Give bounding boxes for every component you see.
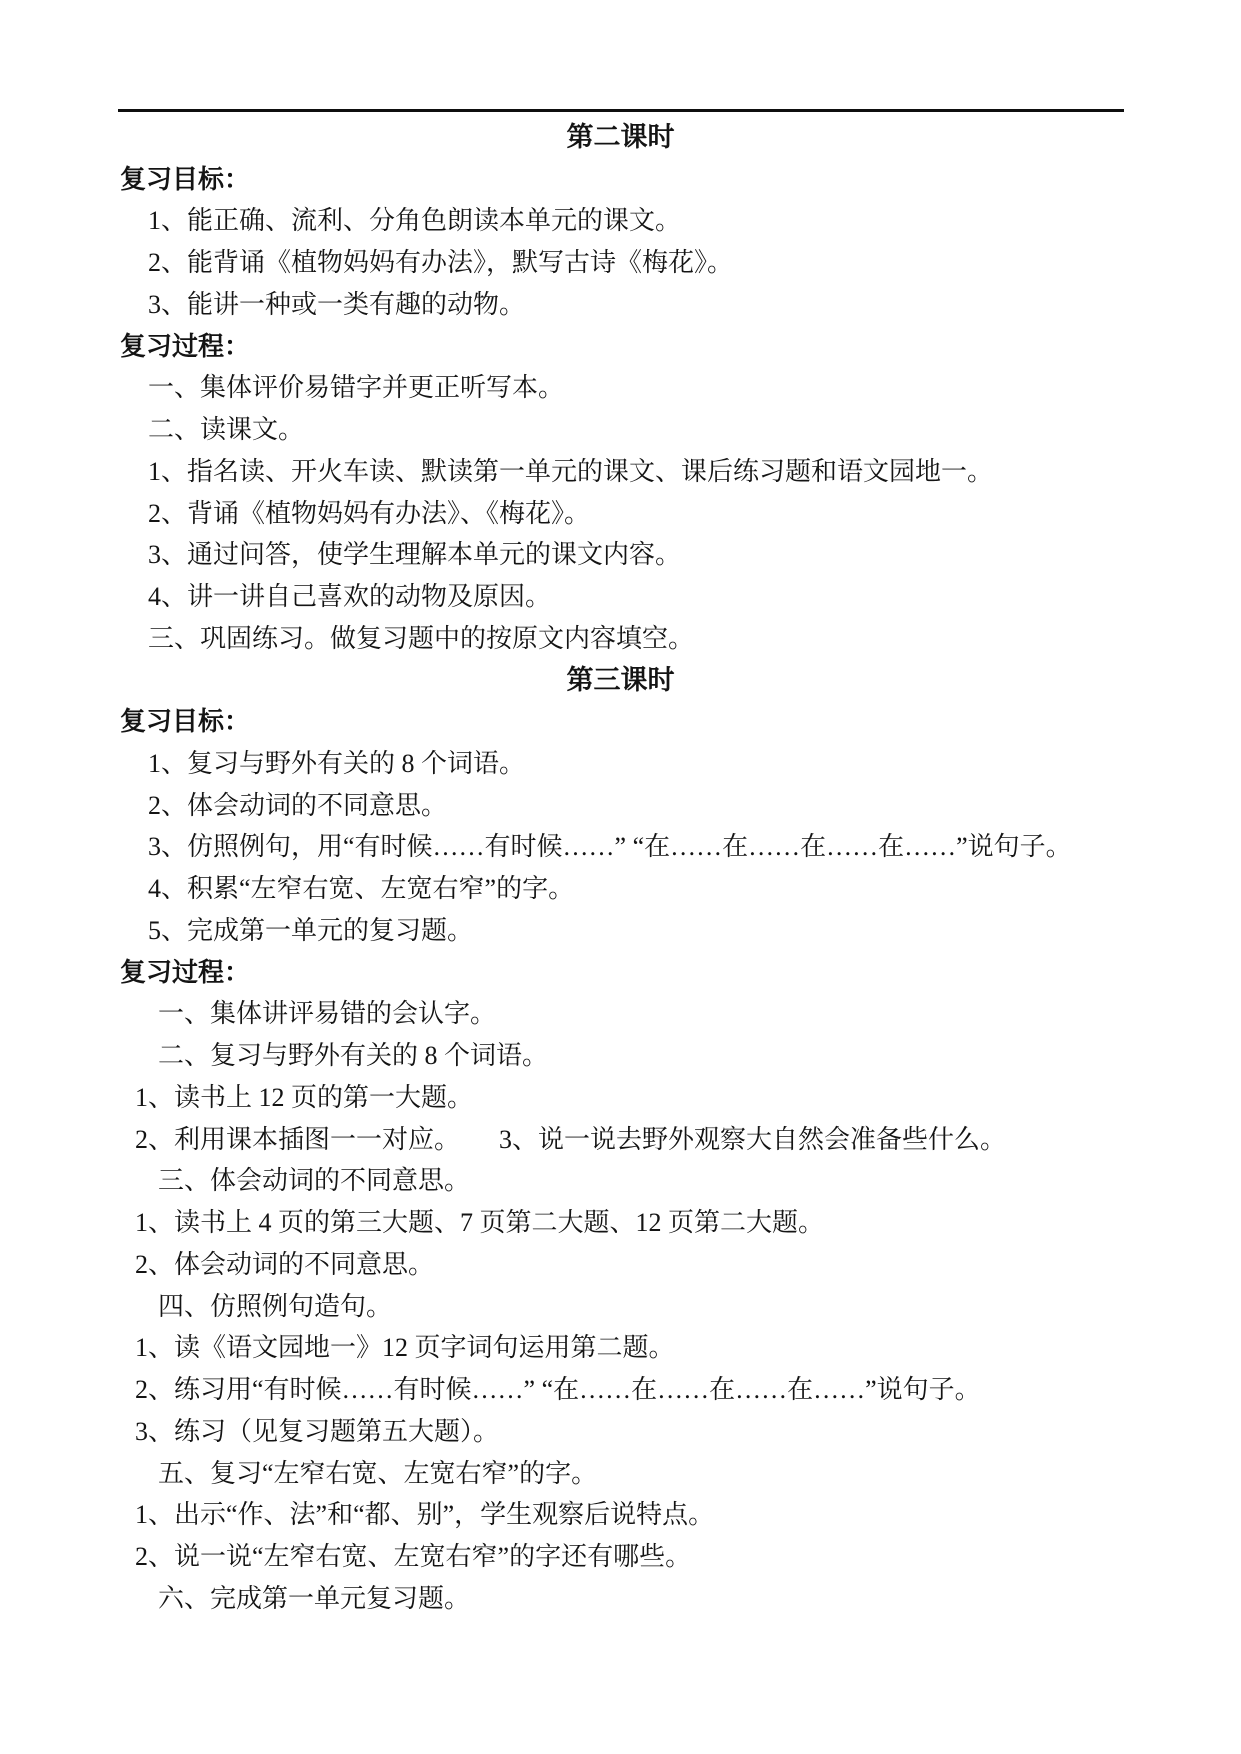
- doc-line: 3、通过问答，使学生理解本单元的课文内容。: [0, 534, 1241, 576]
- header-rule: [118, 109, 1124, 112]
- doc-line: 二、读课文。: [0, 409, 1241, 451]
- doc-line: 2、利用课本插图一一对应。 3、说一说去野外观察大自然会准备些什么。: [0, 1119, 1241, 1161]
- doc-line: 四、仿照例句造句。: [0, 1286, 1241, 1328]
- doc-line: 1、读《语文园地一》12 页字词句运用第二题。: [0, 1327, 1241, 1369]
- doc-line: 2、说一说“左窄右宽、左宽右窄”的字还有哪些。: [0, 1536, 1241, 1578]
- doc-line: 3、仿照例句，用“有时候……有时候……” “在……在……在……在……”说句子。: [0, 826, 1241, 868]
- doc-line: 一、集体讲评易错的会认字。: [0, 993, 1241, 1035]
- doc-line: 1、读书上 4 页的第三大题、7 页第二大题、12 页第二大题。: [0, 1202, 1241, 1244]
- doc-line: 1、复习与野外有关的 8 个词语。: [0, 743, 1241, 785]
- doc-line: 3、练习（见复习题第五大题）。: [0, 1411, 1241, 1453]
- section-title: 第三课时: [0, 660, 1241, 702]
- section-heading: 复习过程：: [0, 326, 1241, 368]
- doc-line: 六、完成第一单元复习题。: [0, 1578, 1241, 1620]
- doc-line: 二、复习与野外有关的 8 个词语。: [0, 1035, 1241, 1077]
- doc-line: 1、能正确、流利、分角色朗读本单元的课文。: [0, 200, 1241, 242]
- doc-line: 2、能背诵《植物妈妈有办法》，默写古诗《梅花》。: [0, 242, 1241, 284]
- doc-line: 5、完成第一单元的复习题。: [0, 910, 1241, 952]
- doc-line: 2、体会动词的不同意思。: [0, 785, 1241, 827]
- section-title: 第二课时: [0, 117, 1241, 159]
- doc-line: 4、讲一讲自己喜欢的动物及原因。: [0, 576, 1241, 618]
- doc-line: 3、能讲一种或一类有趣的动物。: [0, 284, 1241, 326]
- section-heading: 复习目标：: [0, 701, 1241, 743]
- doc-line: 4、积累“左窄右宽、左宽右窄”的字。: [0, 868, 1241, 910]
- doc-line: 三、体会动词的不同意思。: [0, 1160, 1241, 1202]
- doc-line: 三、巩固练习。做复习题中的按原文内容填空。: [0, 618, 1241, 660]
- doc-line: 一、集体评价易错字并更正听写本。: [0, 367, 1241, 409]
- section-heading: 复习目标：: [0, 159, 1241, 201]
- doc-line: 2、体会动词的不同意思。: [0, 1244, 1241, 1286]
- doc-line: 2、背诵《植物妈妈有办法》、《梅花》。: [0, 493, 1241, 535]
- doc-line: 五、复习“左窄右宽、左宽右窄”的字。: [0, 1453, 1241, 1495]
- doc-line: 1、出示“作、法”和“都、别”，学生观察后说特点。: [0, 1494, 1241, 1536]
- doc-line: 1、指名读、开火车读、默读第一单元的课文、课后练习题和语文园地一。: [0, 451, 1241, 493]
- document-page: 第二课时复习目标：1、能正确、流利、分角色朗读本单元的课文。2、能背诵《植物妈妈…: [0, 0, 1241, 1754]
- document-body: 第二课时复习目标：1、能正确、流利、分角色朗读本单元的课文。2、能背诵《植物妈妈…: [0, 117, 1241, 1619]
- section-heading: 复习过程：: [0, 952, 1241, 994]
- doc-line: 2、练习用“有时候……有时候……” “在……在……在……在……”说句子。: [0, 1369, 1241, 1411]
- doc-line: 1、读书上 12 页的第一大题。: [0, 1077, 1241, 1119]
